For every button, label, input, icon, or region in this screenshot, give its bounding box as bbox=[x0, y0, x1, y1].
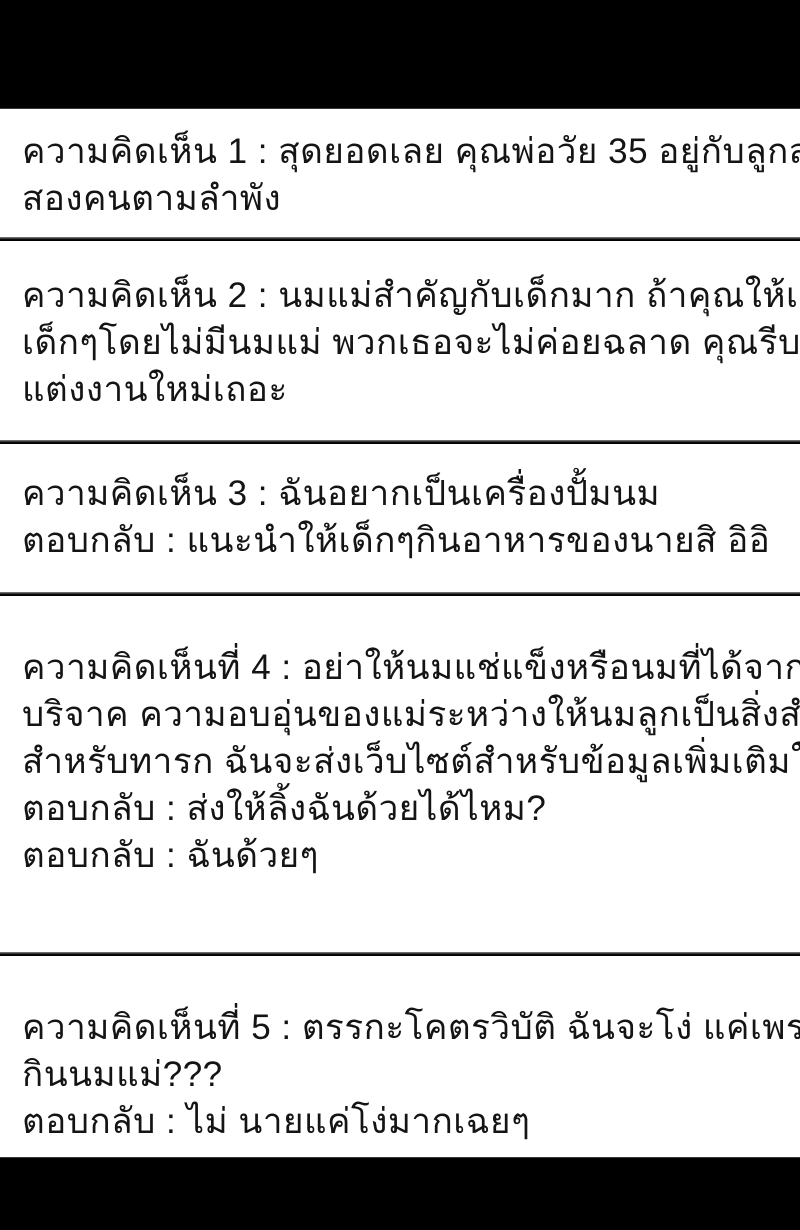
comment-4-line-2: บริจาค ความอบอุ่นของแม่ระหว่างให้นมลูกเป… bbox=[22, 691, 786, 738]
comment-2-line-1: ความคิดเห็น 2 : นมแม่สำคัญกับเด็กมาก ถ้า… bbox=[22, 272, 786, 319]
comment-4-reply-line-2: ตอบกลับ : ฉันด้วยๆ bbox=[22, 832, 786, 879]
comment-1-line-2: สองคนตามลำพัง bbox=[22, 175, 786, 222]
top-letterbox-bar bbox=[0, 0, 800, 109]
translated-comments-panel: ความคิดเห็น 1 : สุดยอดเลย คุณพ่อวัย 35 อ… bbox=[0, 109, 800, 1157]
comment-block-4: ความคิดเห็นที่ 4 : อย่าให้นมแช่แข็งหรือน… bbox=[0, 596, 800, 952]
comment-4-line-3: สำหรับทารก ฉันจะส่งเว็บไซต์สำหรับข้อมูลเ… bbox=[22, 738, 786, 785]
comment-5-reply-line: ตอบกลับ : ไม่ นายแค่โง่มากเฉยๆ bbox=[22, 1098, 786, 1145]
comment-block-5: ความคิดเห็นที่ 5 : ตรรกะโคตรวิบัติ ฉันจะ… bbox=[0, 956, 800, 1157]
comment-3-line-1: ความคิดเห็น 3 : ฉันอยากเป็นเครื่องปั้มนม bbox=[22, 470, 786, 517]
bottom-letterbox-bar bbox=[0, 1157, 800, 1230]
comment-5-line-2: กินนมแม่??? bbox=[22, 1051, 786, 1098]
comment-3-reply-line: ตอบกลับ : แนะนำให้เด็กๆกินอาหารของนายสิ … bbox=[22, 517, 786, 564]
comment-5-line-1: ความคิดเห็นที่ 5 : ตรรกะโคตรวิบัติ ฉันจะ… bbox=[22, 1004, 786, 1051]
comment-4-line-1: ความคิดเห็นที่ 4 : อย่าให้นมแช่แข็งหรือน… bbox=[22, 644, 786, 691]
comment-4-reply-line-1: ตอบกลับ : ส่งให้ลิ้งฉันด้วยได้ไหม? bbox=[22, 785, 786, 832]
comment-block-3: ความคิดเห็น 3 : ฉันอยากเป็นเครื่องปั้มนม… bbox=[0, 444, 800, 592]
comment-block-1: ความคิดเห็น 1 : สุดยอดเลย คุณพ่อวัย 35 อ… bbox=[0, 109, 800, 237]
comment-block-2: ความคิดเห็น 2 : นมแม่สำคัญกับเด็กมาก ถ้า… bbox=[0, 241, 800, 440]
comment-2-line-2: เด็กๆโดยไม่มีนมแม่ พวกเธอจะไม่ค่อยฉลาด ค… bbox=[22, 319, 786, 366]
comment-2-line-3: แต่งงานใหม่เถอะ bbox=[22, 366, 786, 413]
comment-1-line-1: ความคิดเห็น 1 : สุดยอดเลย คุณพ่อวัย 35 อ… bbox=[22, 128, 786, 175]
